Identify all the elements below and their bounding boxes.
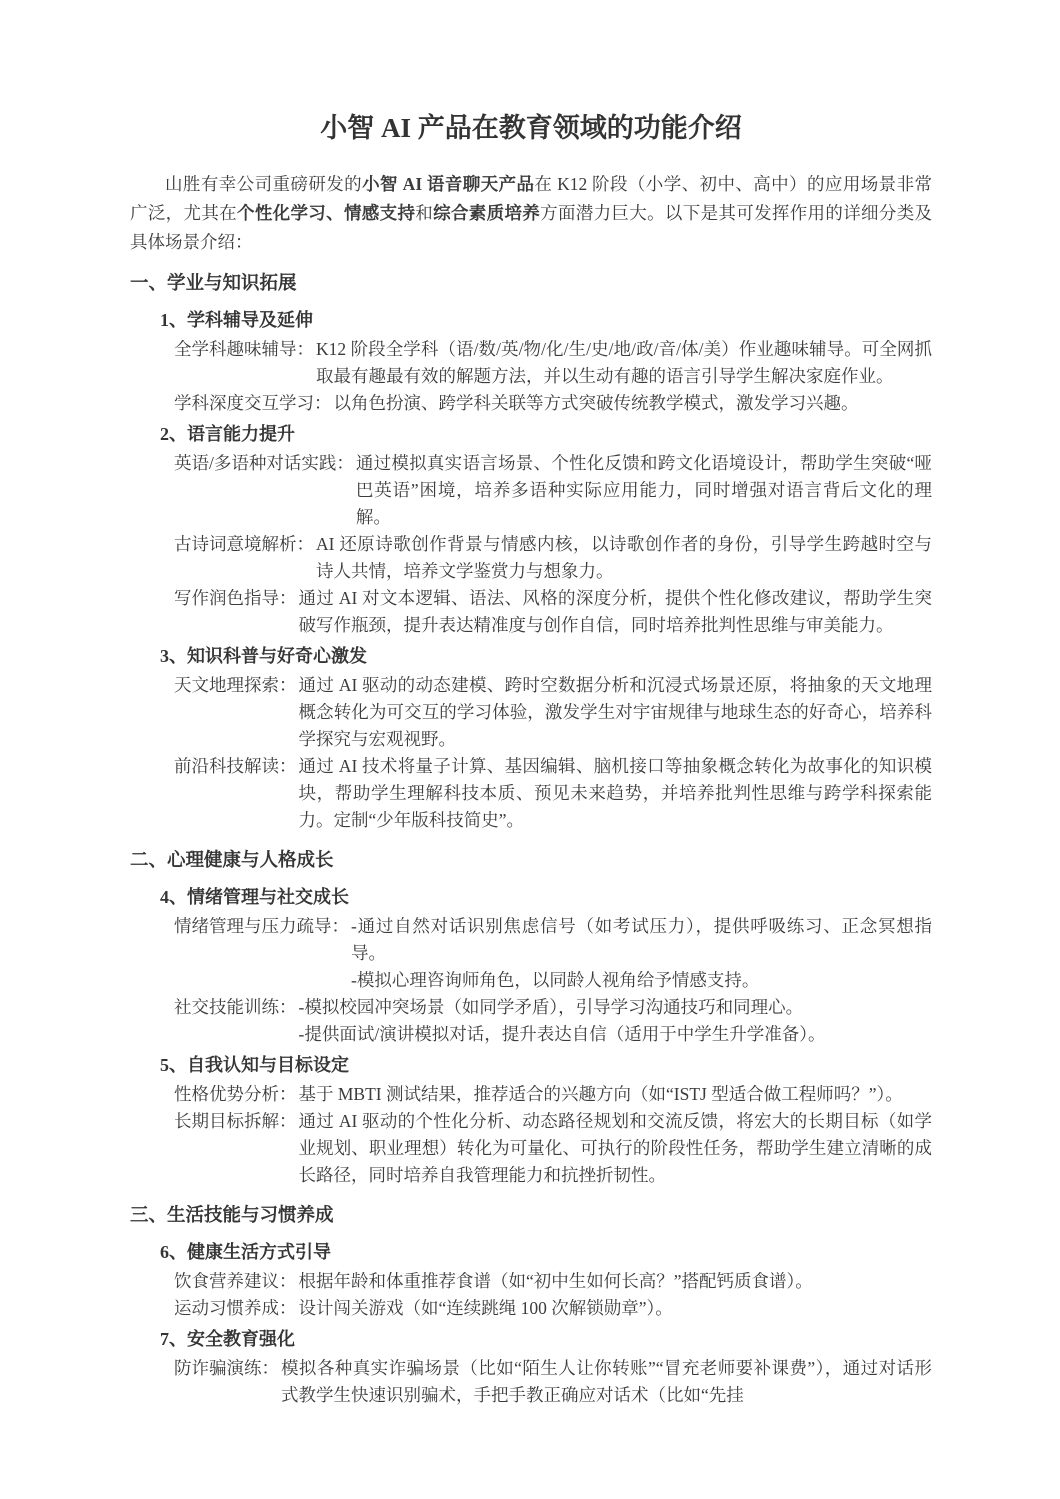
subsection: 5、自我认知与目标设定性格优势分析：基于 MBTI 测试结果，推荐适合的兴趣方向… xyxy=(160,1051,932,1189)
document-page: 小智 AI 产品在教育领域的功能介绍 山胜有幸公司重磅研发的小智 AI 语音聊天… xyxy=(0,0,1060,1499)
subsection: 4、情绪管理与社交成长情绪管理与压力疏导：-通过自然对话识别焦虑信号（如考试压力… xyxy=(160,883,932,1048)
feature-item-label: 运动习惯养成： xyxy=(174,1295,299,1322)
feature-item: 运动习惯养成：设计闯关游戏（如“连续跳绳 100 次解锁勋章”）。 xyxy=(174,1295,932,1322)
feature-item-label: 社交技能训练： xyxy=(174,994,299,1021)
feature-item-label: 饮食营养建议： xyxy=(174,1268,299,1295)
feature-item-text: 根据年龄和体重推荐食谱（如“初中生如何长高？”搭配钙质食谱）。 xyxy=(299,1268,933,1295)
intro-bold-text: 小智 AI 语音聊天产品 xyxy=(362,174,534,194)
feature-item-paragraph: -通过自然对话识别焦虑信号（如考试压力），提供呼吸练习、正念冥想指导。 xyxy=(351,913,932,967)
feature-item-paragraph: 根据年龄和体重推荐食谱（如“初中生如何长高？”搭配钙质食谱）。 xyxy=(299,1268,933,1295)
section-heading: 二、心理健康与人格成长 xyxy=(130,847,932,875)
feature-item: 饮食营养建议：根据年龄和体重推荐食谱（如“初中生如何长高？”搭配钙质食谱）。 xyxy=(174,1268,932,1295)
feature-item-paragraph: -模拟校园冲突场景（如同学矛盾），引导学习沟通技巧和同理心。 xyxy=(299,994,933,1021)
feature-item-paragraph: 以角色扮演、跨学科关联等方式突破传统教学模式，激发学习兴趣。 xyxy=(334,390,933,417)
feature-item-text: -模拟校园冲突场景（如同学矛盾），引导学习沟通技巧和同理心。-提供面试/演讲模拟… xyxy=(299,994,933,1048)
feature-item: 前沿科技解读：通过 AI 技术将量子计算、基因编辑、脑机接口等抽象概念转化为故事… xyxy=(174,753,932,834)
sections-container: 一、学业与知识拓展1、学科辅导及延伸全学科趣味辅导：K12 阶段全学科（语/数/… xyxy=(130,270,932,1409)
feature-item-text: 通过 AI 对文本逻辑、语法、风格的深度分析，提供个性化修改建议，帮助学生突破写… xyxy=(299,585,933,639)
intro-text: 山胜有幸公司重磅研发的 xyxy=(165,174,362,194)
feature-item-text: 通过 AI 技术将量子计算、基因编辑、脑机接口等抽象概念转化为故事化的知识模块，… xyxy=(299,753,933,834)
subsection: 3、知识科普与好奇心激发天文地理探索：通过 AI 驱动的动态建模、跨时空数据分析… xyxy=(160,642,932,834)
feature-item-paragraph: 基于 MBTI 测试结果，推荐适合的兴趣方向（如“ISTJ 型适合做工程师吗？”… xyxy=(299,1081,933,1108)
section: 三、生活技能与习惯养成6、健康生活方式引导饮食营养建议：根据年龄和体重推荐食谱（… xyxy=(130,1202,932,1409)
subsection-heading: 4、情绪管理与社交成长 xyxy=(160,883,932,911)
feature-item: 天文地理探索：通过 AI 驱动的动态建模、跨时空数据分析和沉浸式场景还原，将抽象… xyxy=(174,672,932,753)
feature-item-text: 以角色扮演、跨学科关联等方式突破传统教学模式，激发学习兴趣。 xyxy=(334,390,933,417)
feature-item: 防诈骗演练：模拟各种真实诈骗场景（比如“陌生人让你转账”“冒充老师要补课费”），… xyxy=(174,1355,932,1409)
feature-item-label: 性格优势分析： xyxy=(174,1081,299,1108)
feature-item-label: 防诈骗演练： xyxy=(174,1355,281,1382)
feature-item: 写作润色指导：通过 AI 对文本逻辑、语法、风格的深度分析，提供个性化修改建议，… xyxy=(174,585,932,639)
subsection: 7、安全教育强化防诈骗演练：模拟各种真实诈骗场景（比如“陌生人让你转账”“冒充老… xyxy=(160,1325,932,1409)
feature-item-paragraph: 通过 AI 驱动的个性化分析、动态路径规划和交流反馈，将宏大的长期目标（如学业规… xyxy=(299,1108,933,1189)
section-heading: 一、学业与知识拓展 xyxy=(130,270,932,298)
feature-item-label: 写作润色指导： xyxy=(174,585,299,612)
feature-item: 性格优势分析：基于 MBTI 测试结果，推荐适合的兴趣方向（如“ISTJ 型适合… xyxy=(174,1081,932,1108)
subsection: 6、健康生活方式引导饮食营养建议：根据年龄和体重推荐食谱（如“初中生如何长高？”… xyxy=(160,1238,932,1322)
feature-item-paragraph: 通过 AI 技术将量子计算、基因编辑、脑机接口等抽象概念转化为故事化的知识模块，… xyxy=(299,753,933,834)
feature-item-text: 通过 AI 驱动的个性化分析、动态路径规划和交流反馈，将宏大的长期目标（如学业规… xyxy=(299,1108,933,1189)
intro-text: 和 xyxy=(415,203,433,223)
feature-item-paragraph: 通过模拟真实语言场景、个性化反馈和跨文化语境设计，帮助学生突破“哑巴英语”困境，… xyxy=(356,450,932,531)
section-heading: 三、生活技能与习惯养成 xyxy=(130,1202,932,1230)
intro-paragraph: 山胜有幸公司重磅研发的小智 AI 语音聊天产品在 K12 阶段（小学、初中、高中… xyxy=(130,170,932,257)
feature-item-text: K12 阶段全学科（语/数/英/物/化/生/史/地/政/音/体/美）作业趣味辅导… xyxy=(316,336,932,390)
feature-item-label: 全学科趣味辅导： xyxy=(174,336,316,363)
subsection: 1、学科辅导及延伸全学科趣味辅导：K12 阶段全学科（语/数/英/物/化/生/史… xyxy=(160,306,932,417)
subsection-heading: 3、知识科普与好奇心激发 xyxy=(160,642,932,670)
intro-bold-text: 综合素质培养 xyxy=(433,203,540,223)
feature-item-label: 学科深度交互学习： xyxy=(174,390,334,417)
feature-item: 学科深度交互学习：以角色扮演、跨学科关联等方式突破传统教学模式，激发学习兴趣。 xyxy=(174,390,932,417)
feature-item-text: 基于 MBTI 测试结果，推荐适合的兴趣方向（如“ISTJ 型适合做工程师吗？”… xyxy=(299,1081,933,1108)
feature-item-paragraph: 通过 AI 驱动的动态建模、跨时空数据分析和沉浸式场景还原，将抽象的天文地理概念… xyxy=(299,672,933,753)
subsection-heading: 2、语言能力提升 xyxy=(160,420,932,448)
feature-item: 全学科趣味辅导：K12 阶段全学科（语/数/英/物/化/生/史/地/政/音/体/… xyxy=(174,336,932,390)
subsection-heading: 1、学科辅导及延伸 xyxy=(160,306,932,334)
feature-item-label: 天文地理探索： xyxy=(174,672,299,699)
section: 一、学业与知识拓展1、学科辅导及延伸全学科趣味辅导：K12 阶段全学科（语/数/… xyxy=(130,270,932,834)
feature-item-label: 前沿科技解读： xyxy=(174,753,299,780)
feature-item-paragraph: K12 阶段全学科（语/数/英/物/化/生/史/地/政/音/体/美）作业趣味辅导… xyxy=(316,336,932,390)
feature-item: 情绪管理与压力疏导：-通过自然对话识别焦虑信号（如考试压力），提供呼吸练习、正念… xyxy=(174,913,932,994)
feature-item-paragraph: 通过 AI 对文本逻辑、语法、风格的深度分析，提供个性化修改建议，帮助学生突破写… xyxy=(299,585,933,639)
feature-item-label: 情绪管理与压力疏导： xyxy=(174,913,351,940)
intro-bold-text: 个性化学习、情感支持 xyxy=(237,203,415,223)
feature-item-text: AI 还原诗歌创作背景与情感内核，以诗歌创作者的身份，引导学生跨越时空与诗人共情… xyxy=(316,531,932,585)
feature-item-label: 古诗词意境解析： xyxy=(174,531,316,558)
feature-item-text: 通过模拟真实语言场景、个性化反馈和跨文化语境设计，帮助学生突破“哑巴英语”困境，… xyxy=(356,450,932,531)
feature-item-label: 长期目标拆解： xyxy=(174,1108,299,1135)
feature-item-paragraph: -提供面试/演讲模拟对话，提升表达自信（适用于中学生升学准备）。 xyxy=(299,1021,933,1048)
feature-item-text: 通过 AI 驱动的动态建模、跨时空数据分析和沉浸式场景还原，将抽象的天文地理概念… xyxy=(299,672,933,753)
feature-item-text: -通过自然对话识别焦虑信号（如考试压力），提供呼吸练习、正念冥想指导。-模拟心理… xyxy=(351,913,932,994)
subsection-heading: 5、自我认知与目标设定 xyxy=(160,1051,932,1079)
feature-item-paragraph: 模拟各种真实诈骗场景（比如“陌生人让你转账”“冒充老师要补课费”），通过对话形式… xyxy=(281,1355,932,1409)
subsection-heading: 6、健康生活方式引导 xyxy=(160,1238,932,1266)
feature-item: 英语/多语种对话实践：通过模拟真实语言场景、个性化反馈和跨文化语境设计，帮助学生… xyxy=(174,450,932,531)
feature-item-paragraph: -模拟心理咨询师角色，以同龄人视角给予情感支持。 xyxy=(351,967,932,994)
page-title: 小智 AI 产品在教育领域的功能介绍 xyxy=(130,110,932,146)
feature-item-label: 英语/多语种对话实践： xyxy=(174,450,356,477)
subsection-heading: 7、安全教育强化 xyxy=(160,1325,932,1353)
feature-item-paragraph: 设计闯关游戏（如“连续跳绳 100 次解锁勋章”）。 xyxy=(299,1295,933,1322)
feature-item-paragraph: AI 还原诗歌创作背景与情感内核，以诗歌创作者的身份，引导学生跨越时空与诗人共情… xyxy=(316,531,932,585)
feature-item: 社交技能训练：-模拟校园冲突场景（如同学矛盾），引导学习沟通技巧和同理心。-提供… xyxy=(174,994,932,1048)
subsection: 2、语言能力提升英语/多语种对话实践：通过模拟真实语言场景、个性化反馈和跨文化语… xyxy=(160,420,932,639)
feature-item: 古诗词意境解析：AI 还原诗歌创作背景与情感内核，以诗歌创作者的身份，引导学生跨… xyxy=(174,531,932,585)
feature-item-text: 设计闯关游戏（如“连续跳绳 100 次解锁勋章”）。 xyxy=(299,1295,933,1322)
feature-item: 长期目标拆解：通过 AI 驱动的个性化分析、动态路径规划和交流反馈，将宏大的长期… xyxy=(174,1108,932,1189)
section: 二、心理健康与人格成长4、情绪管理与社交成长情绪管理与压力疏导：-通过自然对话识… xyxy=(130,847,932,1189)
feature-item-text: 模拟各种真实诈骗场景（比如“陌生人让你转账”“冒充老师要补课费”），通过对话形式… xyxy=(281,1355,932,1409)
